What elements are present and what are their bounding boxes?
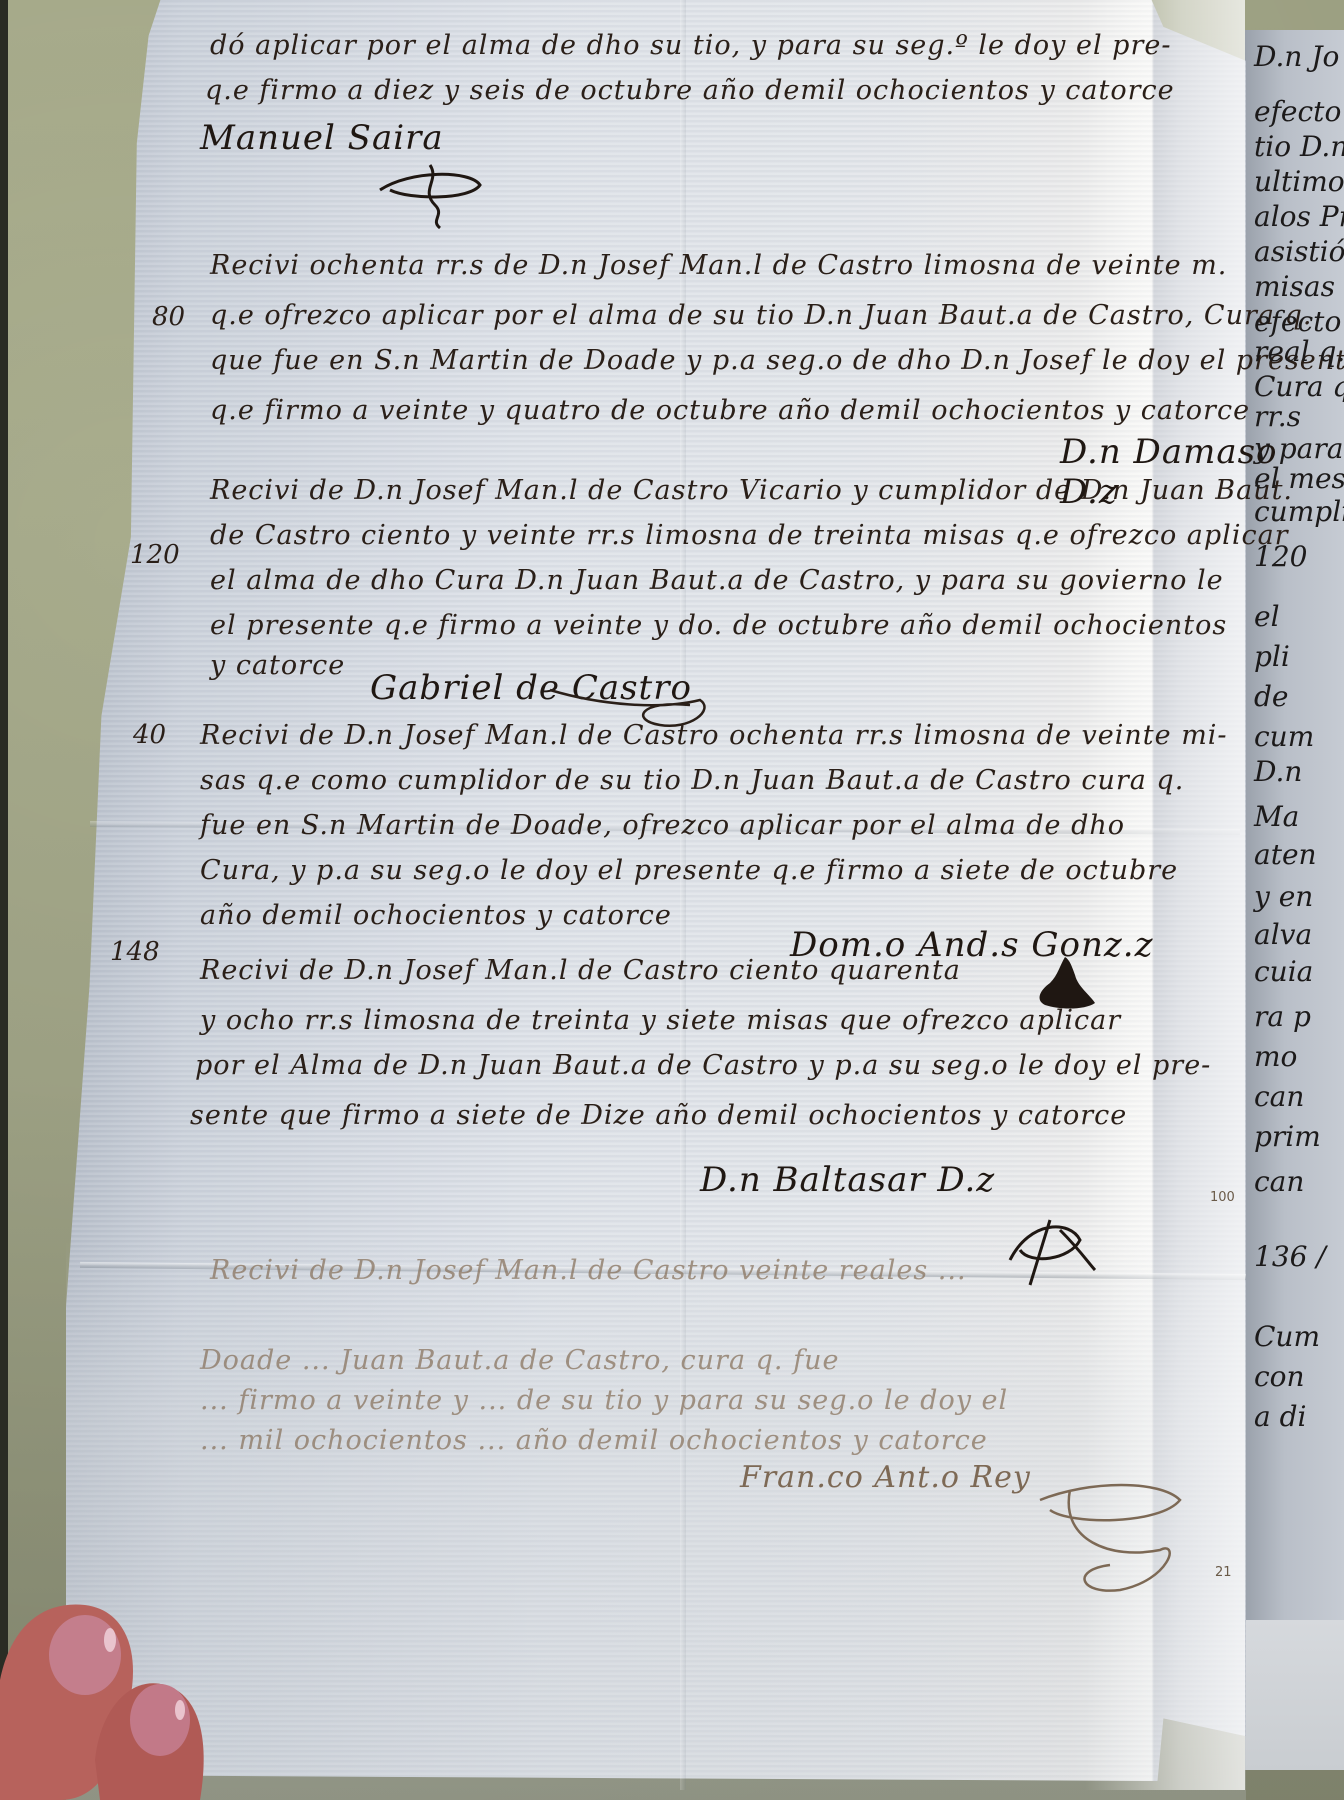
fingers-holding-page bbox=[0, 1560, 220, 1800]
margin-amount: 120 bbox=[130, 540, 180, 570]
faded-text-line: Doade ... Juan Baut.a de Castro, cura q.… bbox=[200, 1345, 839, 1376]
adjacent-page-line: el mes bbox=[1254, 462, 1344, 495]
margin-amount: 148 bbox=[110, 937, 160, 967]
signature: Manuel Saira bbox=[200, 118, 444, 158]
signature: Fran.co Ant.o Rey bbox=[740, 1460, 1031, 1495]
text-line: y catorce bbox=[210, 650, 345, 681]
adjacent-page-line: y en bbox=[1254, 880, 1313, 913]
rubric-flourish-icon bbox=[1030, 1470, 1190, 1610]
text-line: de Castro ciento y veinte rr.s limosna d… bbox=[210, 520, 1289, 551]
text-line: Cura, y p.a su seg.o le doy el presente … bbox=[200, 855, 1178, 886]
rubric-flourish-icon bbox=[370, 160, 490, 230]
faded-text-line: ... firmo a veinte y ... de su tio y par… bbox=[200, 1385, 1008, 1416]
ink-blot-icon bbox=[1030, 955, 1100, 1015]
text-line: por el Alma de D.n Juan Baut.a de Castro… bbox=[195, 1050, 1211, 1081]
adjacent-page-line: pli bbox=[1254, 640, 1290, 673]
adjacent-page-line: D.n Jo bbox=[1254, 40, 1339, 73]
adjacent-page-line: cumpli bbox=[1254, 495, 1344, 528]
page-number-mark: 21 bbox=[1215, 1565, 1232, 1580]
rubric-flourish-icon bbox=[990, 1210, 1100, 1290]
text-line: q.e firmo a diez y seis de octubre año d… bbox=[205, 75, 1175, 106]
dark-edge bbox=[0, 0, 8, 1800]
adjacent-page-line: can bbox=[1254, 1080, 1304, 1113]
adjacent-page-line: tio D.n bbox=[1254, 130, 1344, 163]
adjacent-page-line: D.n bbox=[1254, 755, 1302, 788]
margin-amount: 80 bbox=[152, 302, 185, 332]
adjacent-page-line: misas bbox=[1254, 270, 1335, 303]
adjacent-page-bottom bbox=[1245, 1620, 1344, 1770]
text-line: sas q.e como cumplidor de su tio D.n Jua… bbox=[200, 765, 1184, 796]
adjacent-page-line: el bbox=[1254, 600, 1280, 633]
text-line: y ocho rr.s limosna de treinta y siete m… bbox=[200, 1005, 1121, 1036]
adjacent-page-line: Cum bbox=[1254, 1320, 1320, 1353]
text-line: q.e firmo a veinte y quatro de octubre a… bbox=[210, 395, 1250, 426]
page-number-mark: 100 bbox=[1210, 1190, 1235, 1205]
text-line: Recivi ochenta rr.s de D.n Josef Man.l d… bbox=[210, 250, 1227, 281]
adjacent-page-line: Ma bbox=[1254, 800, 1299, 833]
adjacent-page-line: 120 bbox=[1254, 540, 1307, 573]
faded-text-line: Recivi de D.n Josef Man.l de Castro vein… bbox=[210, 1255, 967, 1286]
adjacent-page-line: Cura q. bbox=[1254, 370, 1344, 403]
adjacent-page-line: de bbox=[1254, 680, 1289, 713]
adjacent-page-line: 136 / bbox=[1254, 1240, 1326, 1273]
adjacent-page-line: y para bbox=[1254, 432, 1343, 465]
rubric-flourish-icon bbox=[540, 680, 720, 740]
adjacent-page-line: can bbox=[1254, 1165, 1304, 1198]
adjacent-page-line: cum bbox=[1254, 720, 1314, 753]
adjacent-page-line: mo bbox=[1254, 1040, 1297, 1073]
margin-amount: 40 bbox=[133, 720, 166, 750]
text-line: fue en S.n Martin de Doade, ofrezco apli… bbox=[200, 810, 1125, 841]
adjacent-page-line: alva bbox=[1254, 918, 1312, 951]
adjacent-page-line: aten bbox=[1254, 838, 1317, 871]
signature: D.n Baltasar D.z bbox=[700, 1160, 995, 1200]
adjacent-page-line: prim bbox=[1254, 1120, 1321, 1153]
adjacent-page-line: rr.s bbox=[1254, 400, 1301, 433]
adjacent-page-line: real q. bbox=[1254, 335, 1344, 368]
adjacent-page-line: con bbox=[1254, 1360, 1305, 1393]
text-line: el alma de dho Cura D.n Juan Baut.a de C… bbox=[210, 565, 1224, 596]
text-line: que fue en S.n Martin de Doade y p.a seg… bbox=[210, 345, 1344, 376]
text-line: año demil ochocientos y catorce bbox=[200, 900, 672, 931]
adjacent-page-line: a di bbox=[1254, 1400, 1306, 1433]
adjacent-page-line: efecto de bbox=[1254, 95, 1344, 128]
adjacent-page-line: ultimo bbox=[1254, 165, 1344, 198]
text-line: dó aplicar por el alma de dho su tio, y … bbox=[210, 30, 1171, 61]
adjacent-page-line: alos Pre bbox=[1254, 200, 1344, 233]
adjacent-page-line: ra p bbox=[1254, 1000, 1311, 1033]
adjacent-page-line: asistió bbox=[1254, 235, 1344, 268]
text-line: q.e ofrezco aplicar por el alma de su ti… bbox=[210, 300, 1312, 331]
adjacent-page-line: efecto q. bbox=[1254, 305, 1344, 338]
text-line: sente que firmo a siete de Dize año demi… bbox=[190, 1100, 1127, 1131]
text-line: el presente q.e firmo a veinte y do. de … bbox=[210, 610, 1227, 641]
adjacent-page-line: cuia bbox=[1254, 955, 1313, 988]
faded-text-line: ... mil ochocientos ... año demil ochoci… bbox=[200, 1425, 988, 1456]
